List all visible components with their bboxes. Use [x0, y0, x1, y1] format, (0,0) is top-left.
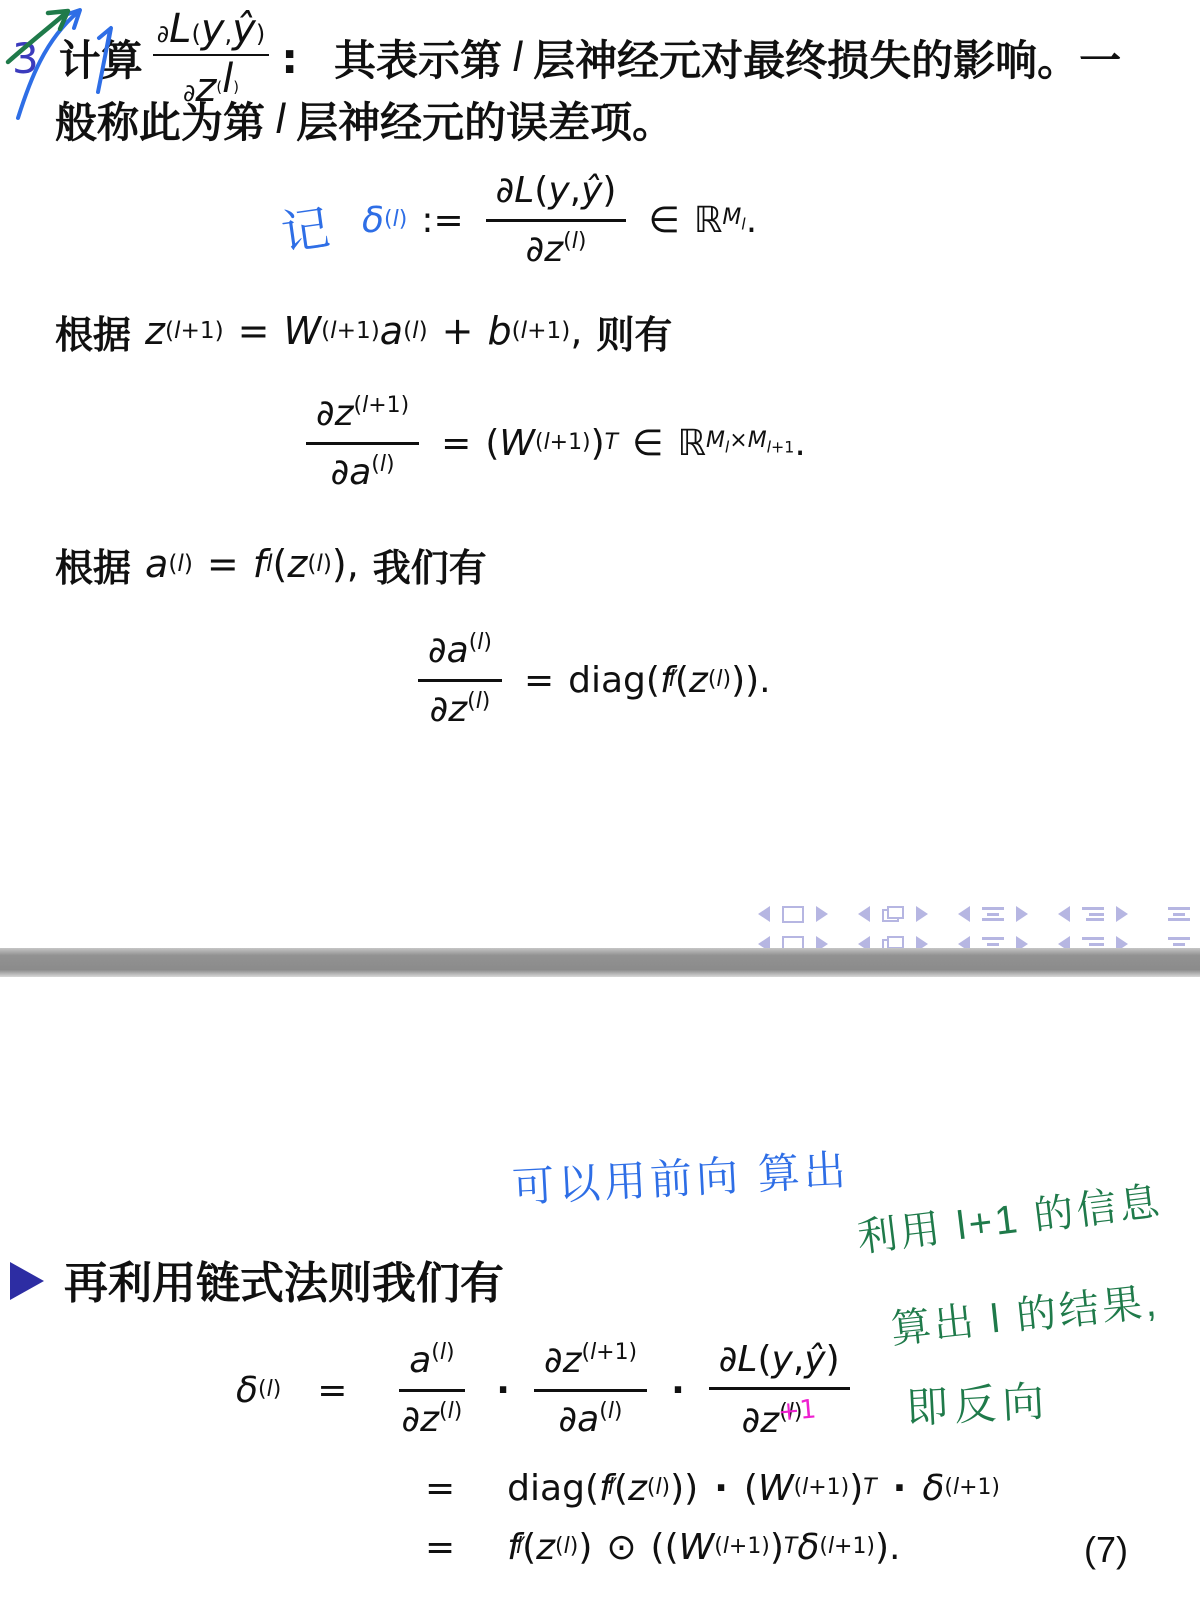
chain-rule-statement: 再利用链式法则我们有	[64, 1246, 504, 1312]
nav-prev-section-icon[interactable]	[958, 936, 970, 948]
delta-definition-equation: 记δ(l):=∂L(y,ŷ)∂z(l)∈ℝMl.	[280, 165, 757, 275]
nav-prev-section-icon[interactable]	[958, 906, 970, 922]
nav-outline-icon[interactable]	[1168, 937, 1190, 948]
equation-number: (7)	[1084, 1524, 1128, 1576]
nav-section-icon[interactable]	[982, 937, 1004, 948]
handwritten-note-backward: 即反向	[905, 1368, 1052, 1435]
nav-next-subsection-icon[interactable]	[1116, 936, 1128, 948]
nav-subsection-icon[interactable]	[1082, 907, 1104, 921]
bullet-triangle-icon	[10, 1262, 44, 1300]
nav-prev-slide-icon[interactable]	[758, 936, 770, 948]
nav-subsection-icon[interactable]	[1082, 937, 1104, 948]
nav-next-frame-icon[interactable]	[916, 906, 928, 922]
nav-prev-subsection-icon[interactable]	[1058, 936, 1070, 948]
nav-prev-frame-icon[interactable]	[858, 906, 870, 922]
nav-prev-frame-icon[interactable]	[858, 936, 870, 948]
slide1-title-line2: 般称此为第l层神经元的误差项。	[55, 94, 674, 146]
nav-slide-icon[interactable]	[782, 906, 804, 923]
given-activation-line: 根据a(l)=fl(z(l)),我们有	[55, 528, 487, 600]
dz-da-equation: ∂z(l+1)∂a(l)=(W(l+1))T∈ℝMl×Ml+1.	[298, 383, 806, 503]
nav-next-subsection-icon[interactable]	[1116, 906, 1128, 922]
nav-next-frame-icon[interactable]	[916, 936, 928, 948]
slide1-title-line1: 3计算∂L(y,ŷ)∂z(l):其表示第l层神经元对最终损失的影响。一	[12, 16, 1121, 100]
page-separator-bar	[0, 948, 1200, 977]
nav-next-section-icon[interactable]	[1016, 936, 1028, 948]
handwritten-note-use-l-plus-1-info: 利用 l+1 的信息	[854, 1170, 1165, 1264]
nav-slide-icon[interactable]	[782, 936, 804, 949]
beamer-navigation-bar-clipped	[752, 932, 1200, 948]
delta-chain-rule-line2: =diag(f′l(z(l)))·(W(l+1))T·δ(l+1)	[330, 1460, 1000, 1516]
nav-prev-slide-icon[interactable]	[758, 906, 770, 922]
nav-section-icon[interactable]	[982, 907, 1004, 921]
nav-prev-subsection-icon[interactable]	[1058, 906, 1070, 922]
beamer-navigation-bar[interactable]	[752, 902, 1200, 926]
pdf-slide-view: 3计算∂L(y,ŷ)∂z(l):其表示第l层神经元对最终损失的影响。一 般称此为…	[0, 0, 1200, 1608]
nav-frames-icon[interactable]	[882, 906, 904, 922]
da-dz-equation: ∂a(l)∂z(l)=diag(f′l(z(l))).	[410, 618, 771, 742]
nav-next-slide-icon[interactable]	[816, 906, 828, 922]
nav-next-section-icon[interactable]	[1016, 906, 1028, 922]
nav-outline-icon[interactable]	[1168, 907, 1190, 921]
handwritten-note-compute-l-result: 算出 l 的结果,	[888, 1270, 1162, 1355]
handwritten-green-arrow-icon	[0, 0, 85, 70]
nav-frames-icon[interactable]	[882, 936, 904, 948]
delta-chain-rule-line1: δ(l)=a(l)∂z(l)·∂z(l+1)∂a(l)·∂L(y,ŷ)∂z(l)…	[236, 1330, 858, 1450]
nav-next-slide-icon[interactable]	[816, 936, 828, 948]
given-z-recurrence-line: 根据z(l+1)=W(l+1)a(l)+b(l+1),则有	[55, 295, 672, 367]
delta-chain-rule-line3: =f′l(z(l))⊙((W(l+1))Tδ(l+1)).	[330, 1516, 900, 1578]
handwritten-note-forward-pass: 可以用前向 算出	[511, 1137, 851, 1215]
